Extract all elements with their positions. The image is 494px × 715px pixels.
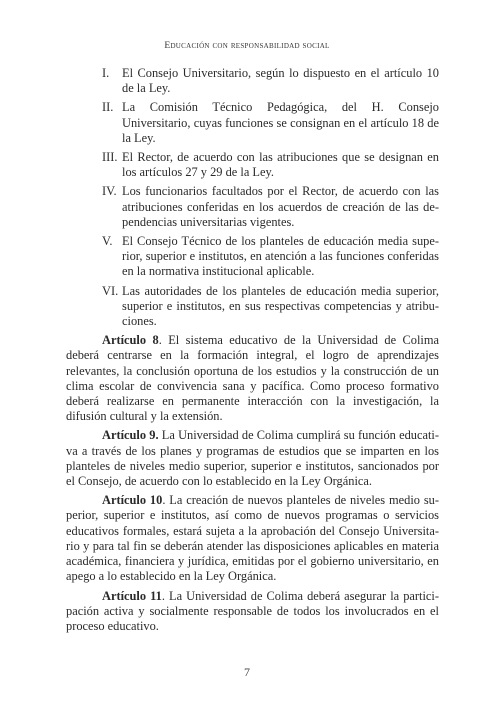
list-item: VI. Las autoridades de los planteles de … [66,284,439,330]
list-item-text: Los funcionarios facultados por el Recto… [122,184,439,228]
list-item-text: La Comisión Técnico Pedagógica, del H. C… [122,100,439,144]
article-9: Artículo 9. La Universidad de Colima cum… [66,428,439,489]
body-text: I. El Consejo Universitario, según lo di… [66,66,439,638]
list-numeral: II. [102,100,122,115]
list-item-text: El Consejo Técnico de los planteles de e… [122,234,439,278]
running-head: Educación con responsabilidad social [0,41,494,51]
list-numeral: III. [102,150,122,165]
list-item-text: Las autoridades de los planteles de educ… [122,284,439,328]
list-item-text: El Consejo Universitario, según lo dispu… [122,66,439,95]
list-numeral: I. [102,66,122,81]
list-numeral: IV. [102,184,122,199]
list-item: I. El Consejo Universitario, según lo di… [66,66,439,96]
article-label: Artículo 8 [102,333,159,347]
article-8: Artículo 8. El sistema educativo de la U… [66,333,439,424]
article-10: Artículo 10. La creación de nuevos plant… [66,493,439,584]
list-numeral: V. [102,234,122,249]
article-label: Artículo 10 [102,493,162,507]
article-11: Artículo 11. La Universidad de Colima de… [66,589,439,635]
authorities-list: I. El Consejo Universitario, según lo di… [66,66,439,329]
list-item: IV. Los funcionarios facultados por el R… [66,184,439,230]
list-item: II. La Comisión Técnico Pedagógica, del … [66,100,439,146]
document-page: Educación con responsabilidad social I. … [0,0,494,715]
article-label: Artículo 9. [102,428,159,442]
list-item: V. El Consejo Técnico de los planteles d… [66,234,439,280]
article-separator: . [159,333,169,347]
list-item-text: El Rector, de acuerdo con las atribucion… [122,150,439,179]
list-item: III. El Rector, de acuerdo con las atrib… [66,150,439,180]
list-numeral: VI. [102,284,122,299]
article-label: Artículo 11 [102,589,162,603]
article-separator: . [162,589,169,603]
page-number: 7 [0,665,494,680]
